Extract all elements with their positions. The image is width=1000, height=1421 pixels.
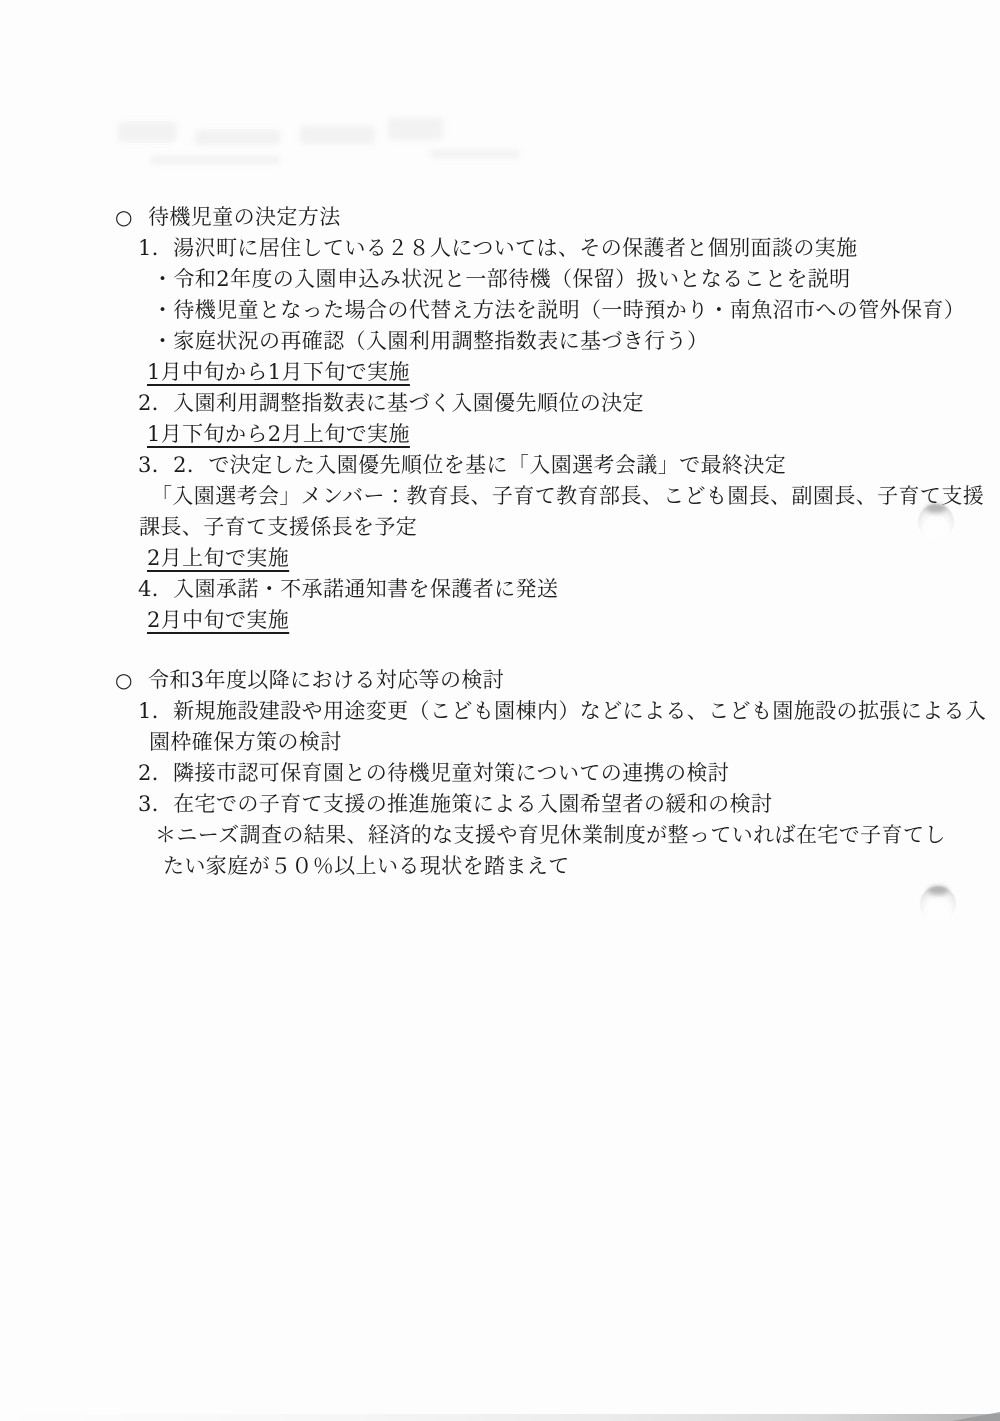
section-heading-2: ○ 令和3年度以降における対応等の検討: [115, 665, 945, 696]
s1-item-3-members-2: 課長、子育て支援係長を予定: [139, 512, 945, 543]
s1-item-4-schedule: 2月中旬で実施: [147, 605, 945, 636]
s1-item-1-bullet-1: ・令和2年度の入園申込み状況と一部待機（保留）扱いとなることを説明: [152, 264, 945, 295]
ghost-mark: [300, 126, 375, 144]
scanned-page: ○ 待機児童の決定方法 1．湯沢町に居住している２８人については、その保護者と個…: [0, 0, 1000, 1421]
section-2-title: 令和3年度以降における対応等の検討: [148, 665, 504, 696]
s2-item-2: 2．隣接市認可保育園との待機児童対策についての連携の検討: [138, 758, 945, 789]
s1-item-4: 4．入園承諾・不承諾通知書を保護者に発送: [138, 574, 945, 605]
s2-item-3-note-2: たい家庭が５０％以上いる現状を踏まえて: [163, 851, 945, 882]
ghost-mark: [195, 130, 280, 145]
s1-item-1: 1．湯沢町に居住している２８人については、その保護者と個別面談の実施: [138, 233, 945, 264]
s2-item-1: 1．新規施設建設や用途変更（こども園棟内）などによる、こども園施設の拡張による入: [138, 696, 945, 727]
section-1-title: 待機児童の決定方法: [148, 202, 341, 233]
punch-hole-shadow-artifact: [920, 886, 956, 922]
s1-item-2: 2．入園利用調整指数表に基づく入園優先順位の決定: [138, 388, 945, 419]
s1-item-3: 3．2．で決定した入園優先順位を基に「入園選考会議」で最終決定: [138, 450, 945, 481]
section-heading-1: ○ 待機児童の決定方法: [115, 202, 945, 233]
s1-item-3-members-1: 「入園選考会」メンバー：教育長、子育て教育部長、こども園長、副園長、子育て支援: [151, 481, 945, 512]
s2-item-1-cont: 園枠確保方策の検討: [149, 727, 945, 758]
s1-item-1-bullet-2: ・待機児童となった場合の代替え方法を説明（一時預かり・南魚沼市への管外保育）: [152, 295, 945, 326]
punch-hole-shadow-artifact: [918, 504, 954, 540]
s1-item-1-schedule: 1月中旬から1月下旬で実施: [147, 357, 945, 388]
ghost-mark: [430, 150, 520, 158]
ghost-mark: [388, 118, 443, 140]
s2-item-3-note-1: ＊ニーズ調査の結果、経済的な支援や育児休業制度が整っていれば在宅で子育てし: [155, 820, 945, 851]
document-body: ○ 待機児童の決定方法 1．湯沢町に居住している２８人については、その保護者と個…: [115, 202, 945, 882]
s2-item-3: 3．在宅での子育て支援の推進施策による入園希望者の緩和の検討: [138, 789, 945, 820]
scan-edge-artifact: [0, 1414, 1000, 1421]
ghost-mark: [118, 122, 176, 142]
ghost-mark: [150, 156, 280, 164]
s1-item-2-schedule: 1月下旬から2月上旬で実施: [147, 419, 945, 450]
s1-item-3-schedule: 2月上旬で実施: [147, 543, 945, 574]
s1-item-1-bullet-3: ・家庭状況の再確認（入園利用調整指数表に基づき行う）: [152, 326, 945, 357]
circle-bullet-icon: ○: [115, 202, 137, 233]
circle-bullet-icon: ○: [115, 665, 137, 696]
